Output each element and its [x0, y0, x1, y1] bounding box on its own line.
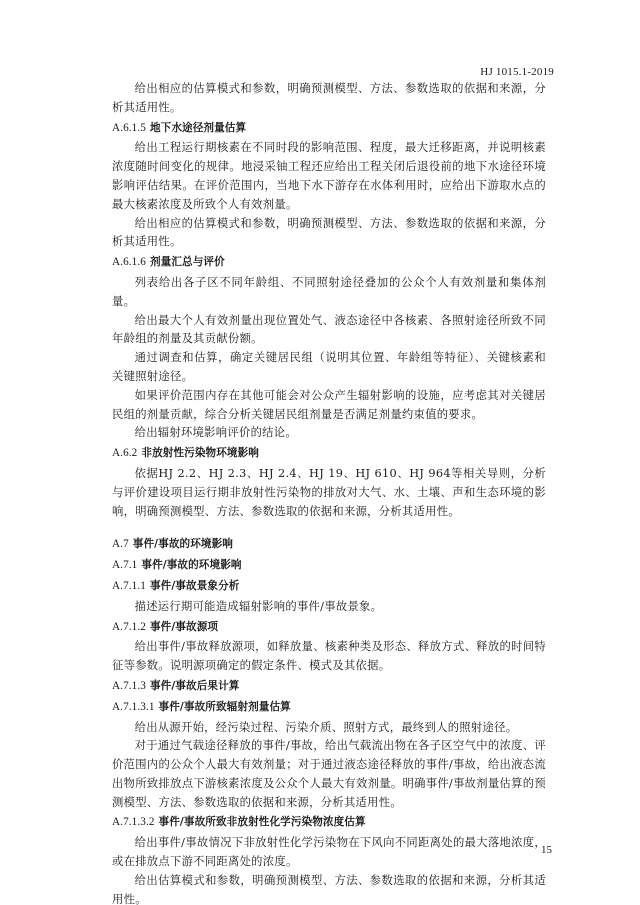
document-body: 给出相应的估算模式和参数，明确预测模型、方法、参数选取的依据和来源，分析其适用性…: [112, 80, 546, 905]
paragraph: 给出事件/事故释放源项，如释放量、核素种类及形态、释放方式、释放的时间特征等参数…: [112, 638, 546, 676]
section-title: 事件/事故所致辐射剂量估算: [159, 701, 291, 713]
section-title: 事件/事故所致非放射性化学污染物浓度估算: [159, 816, 366, 828]
paragraph: 给出估算模式和参数，明确预测模型、方法、参数选取的依据和来源，分析其适用性。: [112, 872, 546, 905]
section-title: 事件/事故的环境影响: [141, 559, 241, 571]
section-heading: A.7.1事件/事故的环境影响: [112, 556, 546, 575]
section-heading: A.7.1.3.2事件/事故所致非放射性化学污染物浓度估算: [112, 813, 546, 832]
section-number: A.7.1: [112, 559, 137, 571]
section-heading: A.7事件/事故的环境影响: [112, 535, 546, 554]
paragraph: 通过调查和估算，确定关键居民组（说明其位置、年龄组等特征）、关键核素和关键照射途…: [112, 349, 546, 387]
section-number: A.7: [112, 538, 129, 550]
section-heading: A.7.1.3.1事件/事故所致辐射剂量估算: [112, 698, 546, 717]
section-heading: A.7.1.1事件/事故景象分析: [112, 577, 546, 596]
section-title: 非放射性污染物环境影响: [141, 447, 259, 459]
paragraph: 给出工程运行期核素在不同时段的影响范围、程度，最大迁移距离，并说明核素浓度随时间…: [112, 139, 546, 214]
section-number: A.7.1.2: [112, 621, 146, 633]
paragraph: 给出辐射环境影响评价的结论。: [112, 424, 546, 443]
section-heading: A.6.2非放射性污染物环境影响: [112, 444, 546, 463]
paragraph: 给出最大个人有效剂量出现位置处气、液态途径中各核素、各照射途径所致不同年龄组的剂…: [112, 312, 546, 350]
section-number: A.7.1.3.2: [112, 816, 155, 828]
section-title: 事件/事故景象分析: [150, 580, 240, 592]
section-title: 事件/事故后果计算: [150, 680, 240, 692]
paragraph: 给出从源开始，经污染过程、污染介质、照射方式，最终到人的照射途径。: [112, 719, 546, 738]
paragraph: 给出相应的估算模式和参数，明确预测模型、方法、参数选取的依据和来源，分析其适用性…: [112, 215, 546, 253]
section-number: A.7.1.3.1: [112, 701, 155, 713]
paragraph: 给出相应的估算模式和参数，明确预测模型、方法、参数选取的依据和来源，分析其适用性…: [112, 80, 546, 118]
section-number: A.6.1.6: [112, 256, 146, 268]
section-number: A.6.1.5: [112, 122, 146, 134]
section-number: A.7.1.3: [112, 680, 146, 692]
section-title: 地下水途径剂量估算: [150, 122, 246, 134]
page-number: 15: [541, 844, 552, 856]
section-title: 事件/事故源项: [150, 621, 218, 633]
section-title: 事件/事故的环境影响: [133, 538, 233, 550]
paragraph: 依据HJ 2.2、HJ 2.3、HJ 2.4、HJ 19、HJ 610、HJ 9…: [112, 465, 546, 521]
paragraph: 描述运行期可能造成辐射影响的事件/事故景象。: [112, 598, 546, 617]
section-number: A.7.1.1: [112, 580, 146, 592]
section-number: A.6.2: [112, 447, 137, 459]
section-heading: A.6.1.5地下水途径剂量估算: [112, 119, 546, 138]
paragraph: 给出事件/事故情况下非放射性化学污染物在下风向不同距离处的最大落地浓度，或在排放…: [112, 834, 546, 872]
section-heading: A.7.1.2事件/事故源项: [112, 618, 546, 637]
paragraph: 列表给出各子区不同年龄组、不同照射途径叠加的公众个人有效剂量和集体剂量。: [112, 274, 546, 312]
section-heading: A.7.1.3事件/事故后果计算: [112, 677, 546, 696]
document-id-header: HJ 1015.1-2019: [480, 66, 554, 78]
paragraph: 对于通过气载途径释放的事件/事故，给出气载流出物在各子区空气中的浓度、评价范围内…: [112, 737, 546, 812]
section-heading: A.6.1.6剂量汇总与评价: [112, 253, 546, 272]
paragraph: 如果评价范围内存在其他可能会对公众产生辐射影响的设施，应考虑其对关键居民组的剂量…: [112, 387, 546, 425]
section-title: 剂量汇总与评价: [150, 256, 225, 268]
